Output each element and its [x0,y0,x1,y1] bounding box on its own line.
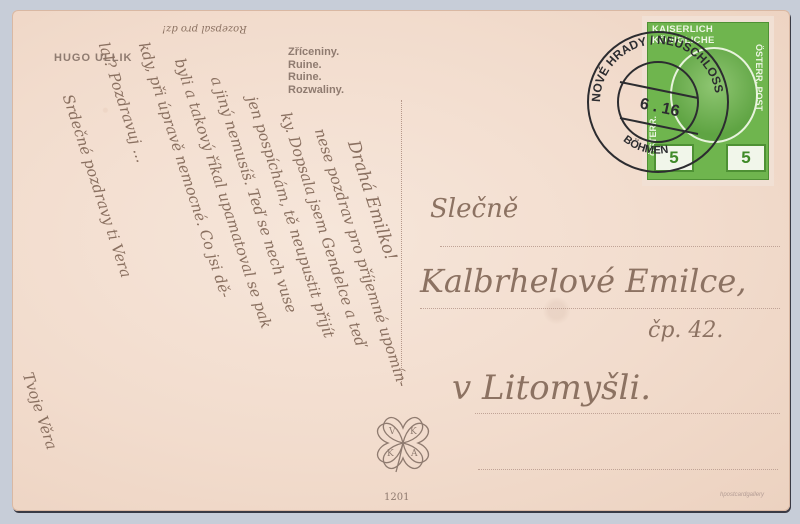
stamp-value-right: 5 [726,144,766,172]
address-house-number: čp. 42. [648,318,723,343]
message-signature: Tvoje Věra [19,370,61,452]
svg-text:K: K [387,449,394,459]
address-recipient-name: Kalbrhelové Emilce, [420,262,746,300]
postage-stamp: KAISERLICH KÖNIGLICHE ÖSTERR. ÖSTERR. PO… [642,16,774,186]
stamp-side-text-right: ÖSTERR. POST [754,44,764,111]
catalog-number: 1201 [384,492,409,503]
stamp-header-text: KAISERLICH KÖNIGLICHE [652,24,774,46]
address-line-3 [475,413,780,414]
svg-text:K: K [410,427,417,437]
clover-logo: V K K A [370,410,436,476]
svg-text:A: A [410,449,418,459]
emperor-portrait [670,47,758,143]
caption-german-2: Ruine. [288,71,344,84]
address-town: v Litomyšli. [452,368,651,408]
watermark-text: hpostcardgallery [720,492,764,498]
caption-german: Ruine. [288,59,344,72]
caption-czech: Zříceniny. [288,46,344,59]
address-recipient-title: Slečně [430,194,518,224]
top-handwritten-note: Rozepsal pro dz! [162,23,247,34]
stamp-value-left: 5 [654,144,694,172]
address-line-1 [440,246,780,247]
caption-polish: Rozwaliny. [288,84,344,97]
caption-block: Zříceniny. Ruine. Ruine. Rozwaliny. [288,46,344,96]
address-line-2 [420,308,780,309]
address-line-4 [478,469,778,470]
center-divider [401,100,402,386]
publisher-name: HUGO ULLIK [54,52,132,64]
svg-text:V: V [388,427,396,437]
postcard-back: Rozepsal pro dz! HUGO ULLIK Zříceniny. R… [12,10,790,511]
